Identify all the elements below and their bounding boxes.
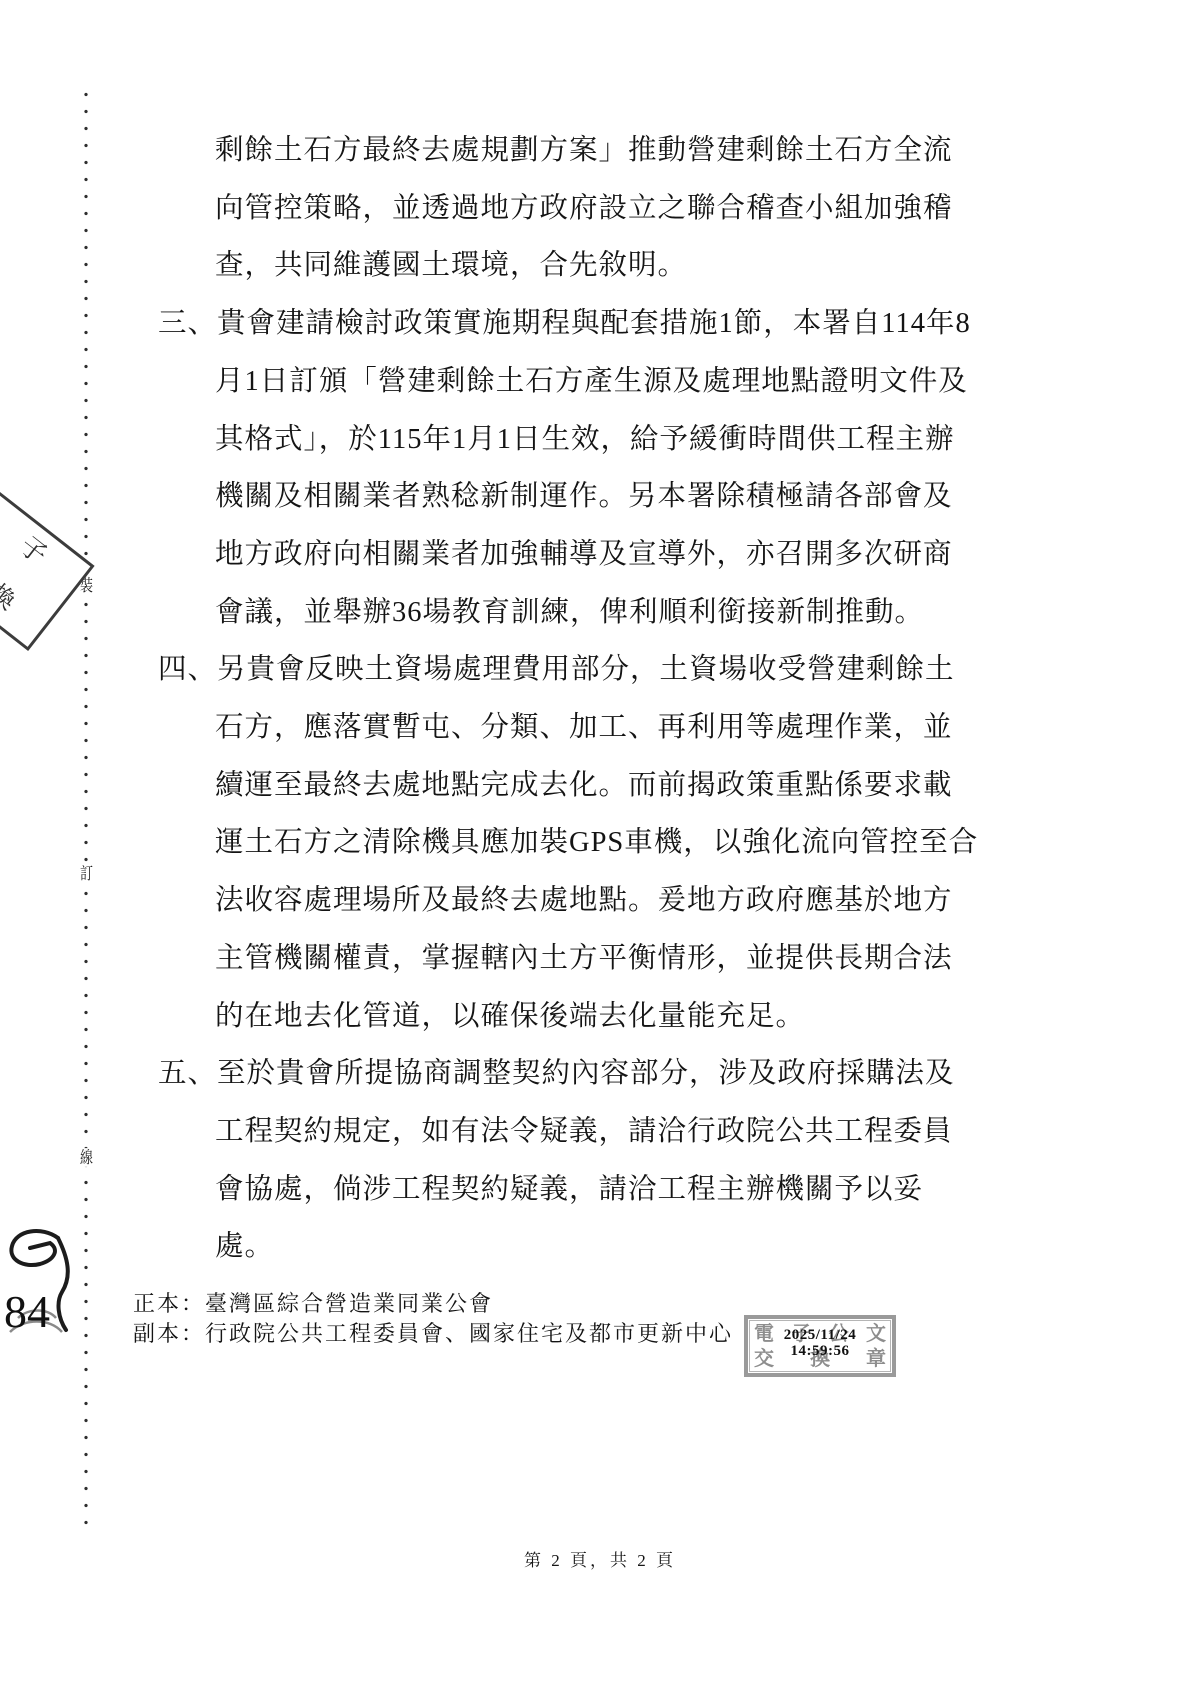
page-number-handwritten: 84 — [4, 1286, 50, 1337]
electronic-exchange-stamp: 電 子 公 文 交 換 章 2025/11/24 14:59:56 — [744, 1315, 896, 1377]
stamp-time: 14:59:56 — [748, 1343, 892, 1359]
body-line: 機關及相關業者熟稔新制運作。另本署除積極請各部會及 — [215, 482, 953, 512]
document-page: 裝 訂 線 子 公 換 剩餘土石方最終去處規劃方案」推動營建剩餘土石方全流向管控… — [0, 0, 1200, 1696]
exchange-stamp-fragment: 子 公 換 — [0, 481, 95, 651]
body-line: 三、貴會建請檢討政策實施期程與配套措施1節，本署自114年8 — [158, 309, 971, 339]
body-line: 月1日訂頒「營建剩餘土石方產生源及處理地點證明文件及 — [215, 367, 968, 397]
binding-label-xian: 線 — [77, 1148, 96, 1167]
recipient-copy: 副本：行政院公共工程委員會、國家住宅及都市更新中心 — [133, 1322, 733, 1346]
body-line: 五、至於貴會所提協商調整契約內容部分，涉及政府採購法及 — [158, 1059, 955, 1089]
body-line: 石方，應落實暫屯、分類、加工、再利用等處理作業，並 — [215, 713, 953, 743]
body-line: 向管控策略，並透過地方政府設立之聯合稽查小組加強稽 — [215, 194, 953, 224]
body-line: 運土石方之清除機具應加裝GPS車機，以強化流向管控至合 — [215, 828, 978, 858]
body-line: 會議，並舉辦36場教育訓練，俾利順利銜接新制推動。 — [215, 598, 924, 628]
body-line: 的在地去化管道，以確保後端去化量能充足。 — [215, 1002, 805, 1032]
body-line: 工程契約規定，如有法令疑義，請洽行政院公共工程委員 — [215, 1117, 953, 1147]
body-line: 剩餘土石方最終去處規劃方案」推動營建剩餘土石方全流 — [215, 136, 953, 166]
body-line: 法收容處理場所及最終去處地點。爰地方政府應基於地方 — [215, 886, 953, 916]
handwritten-mark: 84 — [0, 1222, 88, 1344]
body-line: 會協處，倘涉工程契約疑義，請洽工程主辦機關予以妥 — [215, 1175, 923, 1205]
stamp-date: 2025/11/24 — [748, 1327, 892, 1343]
recipient-copy-value: 行政院公共工程委員會、國家住宅及都市更新中心 — [205, 1321, 733, 1346]
body-line: 主管機關權責，掌握轄內土方平衡情形，並提供長期合法 — [215, 944, 953, 974]
body-line: 四、另貴會反映土資場處理費用部分，土資場收受營建剩餘土 — [158, 655, 955, 685]
recipient-original-label: 正本： — [133, 1291, 205, 1316]
stamp-char: 子 — [13, 526, 56, 571]
page-footer: 第 2 頁，共 2 頁 — [0, 1546, 1200, 1571]
recipient-original: 正本：臺灣區綜合營造業同業公會 — [133, 1292, 493, 1316]
stamp-datetime: 2025/11/24 14:59:56 — [748, 1327, 892, 1359]
body-line: 其格式」，於115年1月1日生效，給予緩衝時間供工程主辦 — [215, 425, 954, 455]
recipient-copy-label: 副本： — [133, 1321, 205, 1346]
body-line: 處。 — [215, 1232, 274, 1262]
body-line: 續運至最終去處地點完成去化。而前揭政策重點係要求載 — [215, 771, 953, 801]
binding-label-ding: 訂 — [77, 864, 96, 883]
body-line: 地方政府向相關業者加強輔導及宣導外，亦召開多次研商 — [215, 540, 953, 570]
stamp-char: 換 — [0, 574, 25, 616]
body-line: 查，共同維護國土環境，合先敘明。 — [215, 251, 687, 281]
recipient-original-value: 臺灣區綜合營造業同業公會 — [205, 1291, 493, 1316]
